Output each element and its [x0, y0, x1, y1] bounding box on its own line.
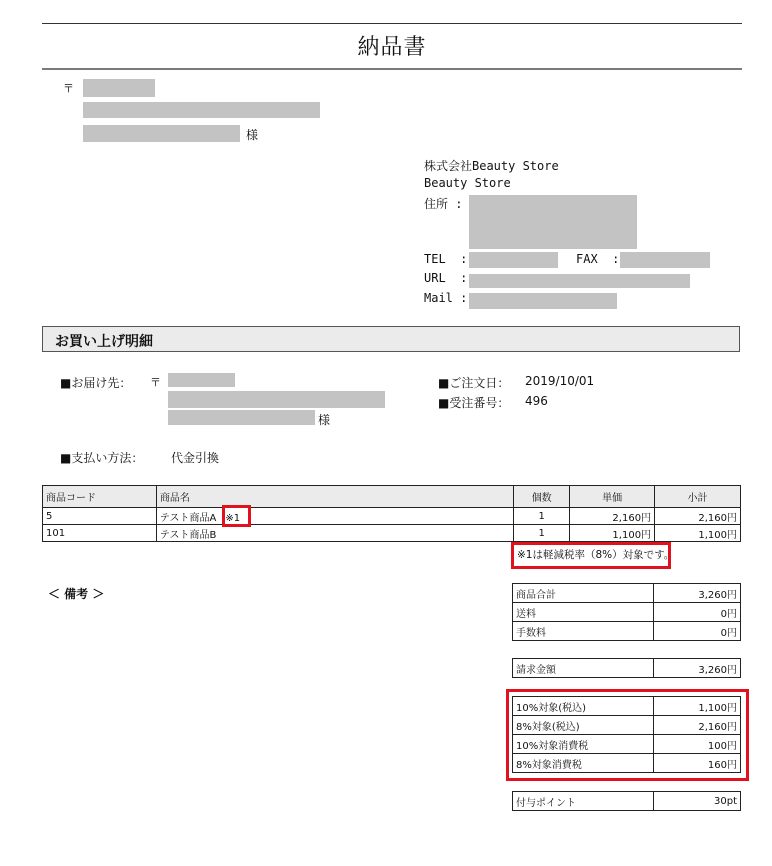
item-subtotal: 2,160円	[655, 508, 741, 525]
section-title: お買い上げ明細	[55, 331, 153, 351]
sender-mail-redacted	[469, 293, 617, 309]
sender-mail-label: Mail :	[424, 291, 467, 305]
tax10-incl-label: 10%対象(税込)	[513, 697, 654, 716]
item-qty: 1	[514, 525, 570, 542]
item-unit-price: 2,160円	[570, 508, 655, 525]
item-code: 101	[43, 525, 157, 542]
sender-store: Beauty Store	[424, 176, 511, 190]
tax8-incl-label: 8%対象(税込)	[513, 716, 654, 735]
shipping-value: 0円	[654, 603, 741, 622]
reduced-tax-mark-highlight	[222, 505, 251, 527]
payment-label: ■支払い方法：	[60, 449, 143, 466]
tax10-incl-value: 1,100円	[654, 697, 741, 716]
header-code: 商品コード	[43, 486, 157, 508]
points-table: 付与ポイント 30pt	[512, 791, 741, 811]
items-table-header: 商品コード 商品名 個数 単価 小計	[43, 486, 741, 508]
tax8-incl-value: 2,160円	[654, 716, 741, 735]
shipping-label: 送料	[513, 603, 654, 622]
item-subtotal: 1,100円	[655, 525, 741, 542]
delivery-postal-code-redacted	[168, 373, 235, 387]
title-top-rule	[42, 23, 742, 24]
recipient-address-redacted	[83, 102, 320, 118]
sender-url-label: URL :	[424, 271, 467, 285]
header-qty: 個数	[514, 486, 570, 508]
remarks-label: ＜ 備考 ＞	[48, 585, 104, 602]
sender-fax-redacted	[620, 252, 710, 268]
billing-table: 請求金額 3,260円	[512, 658, 741, 678]
table-row: 8%対象(税込) 2,160円	[513, 716, 741, 735]
order-date-label: ■ご注文日：	[438, 374, 509, 391]
table-row: 10%対象(税込) 1,100円	[513, 697, 741, 716]
table-row: 101 テスト商品B 1 1,100円 1,100円	[43, 525, 741, 542]
subtotal-label: 商品合計	[513, 584, 654, 603]
table-row: 請求金額 3,260円	[513, 659, 741, 678]
recipient-honorific: 様	[246, 126, 258, 143]
table-row: 手数料 0円	[513, 622, 741, 641]
sender-fax-label: FAX :	[576, 252, 619, 266]
delivery-address-redacted	[168, 391, 385, 408]
tax8-amount-label: 8%対象消費税	[513, 754, 654, 773]
delivery-name-redacted	[168, 410, 315, 425]
billing-value: 3,260円	[654, 659, 741, 678]
points-value: 30pt	[654, 792, 741, 811]
footnote-highlight	[511, 542, 671, 569]
sender-tel-redacted	[469, 252, 558, 268]
tax10-amount-label: 10%対象消費税	[513, 735, 654, 754]
tax10-amount-value: 100円	[654, 735, 741, 754]
recipient-postal-code-redacted	[83, 79, 155, 97]
title-bottom-rule	[42, 68, 742, 70]
recipient-name-redacted	[83, 125, 240, 142]
tax-breakdown-table: 10%対象(税込) 1,100円 8%対象(税込) 2,160円 10%対象消費…	[512, 696, 741, 773]
item-name-cell: テスト商品A※1	[156, 508, 513, 525]
tax8-amount-value: 160円	[654, 754, 741, 773]
item-name: テスト商品A	[160, 513, 216, 524]
item-code: 5	[43, 508, 157, 525]
sender-address-label: 住所 :	[424, 195, 462, 212]
fee-label: 手数料	[513, 622, 654, 641]
header-unit-price: 単価	[570, 486, 655, 508]
payment-value: 代金引換	[171, 449, 219, 466]
order-date-value: 2019/10/01	[525, 374, 594, 388]
subtotals-table: 商品合計 3,260円 送料 0円 手数料 0円	[512, 583, 741, 641]
recipient-postal-mark: 〒	[63, 80, 74, 96]
sender-url-redacted	[469, 274, 690, 288]
item-unit-price: 1,100円	[570, 525, 655, 542]
sender-address-redacted	[469, 195, 637, 249]
header-subtotal: 小計	[655, 486, 741, 508]
document-title: 納品書	[42, 30, 742, 61]
fee-value: 0円	[654, 622, 741, 641]
order-number-label: ■受注番号：	[438, 394, 509, 411]
delivery-postal-mark: 〒	[150, 374, 161, 390]
billing-label: 請求金額	[513, 659, 654, 678]
table-row: 送料 0円	[513, 603, 741, 622]
table-row: 付与ポイント 30pt	[513, 792, 741, 811]
item-qty: 1	[514, 508, 570, 525]
table-row: 5 テスト商品A※1 1 2,160円 2,160円	[43, 508, 741, 525]
items-table: 商品コード 商品名 個数 単価 小計 5 テスト商品A※1 1 2,160円 2…	[42, 485, 741, 542]
table-row: 商品合計 3,260円	[513, 584, 741, 603]
section-header: お買い上げ明細	[42, 326, 740, 352]
table-row: 8%対象消費税 160円	[513, 754, 741, 773]
header-name: 商品名	[156, 486, 513, 508]
table-row: 10%対象消費税 100円	[513, 735, 741, 754]
item-name: テスト商品B	[156, 525, 513, 542]
subtotal-value: 3,260円	[654, 584, 741, 603]
sender-tel-label: TEL :	[424, 252, 467, 266]
delivery-label: ■お届け先：	[60, 374, 131, 391]
points-label: 付与ポイント	[513, 792, 654, 811]
delivery-honorific: 様	[318, 411, 330, 428]
order-number-value: 496	[525, 394, 548, 408]
sender-company: 株式会社Beauty Store	[424, 157, 559, 174]
